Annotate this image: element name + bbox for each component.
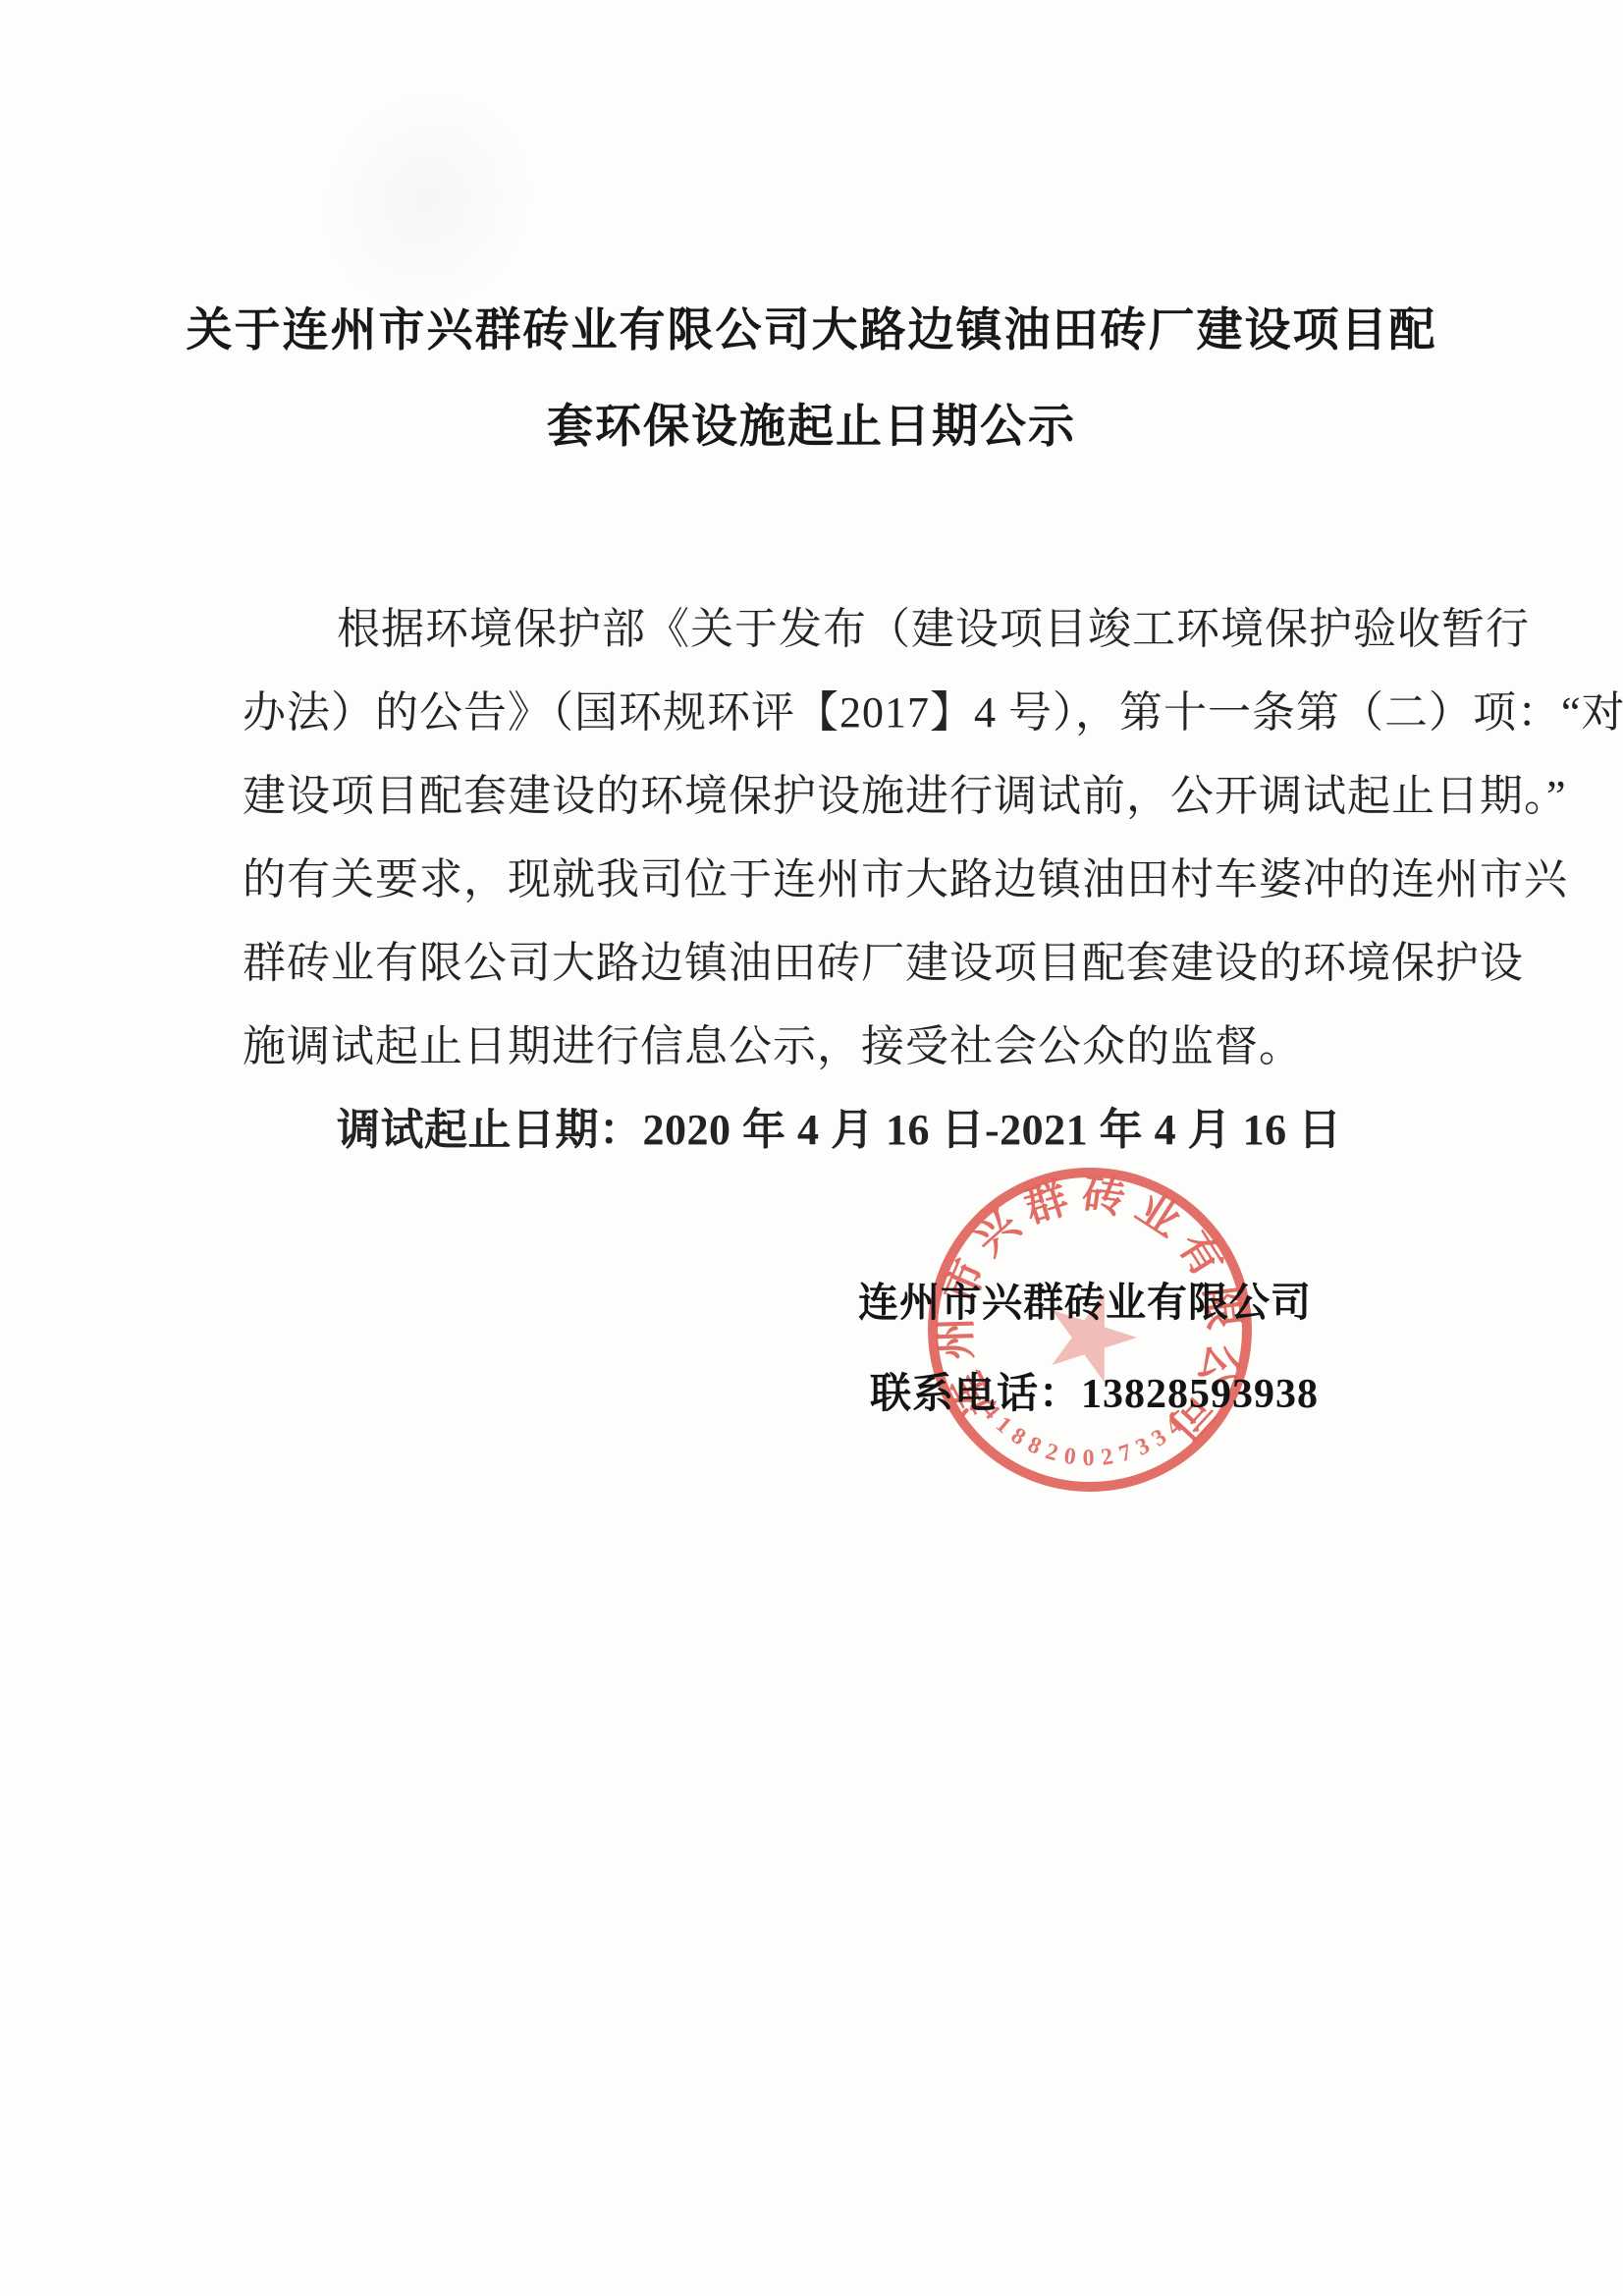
body-line: 群砖业有限公司大路边镇油田砖厂建设项目配套建设的环境保护设	[243, 921, 1362, 1005]
title-line-1: 关于连州市兴群砖业有限公司大路边镇油田砖厂建设项目配	[0, 283, 1623, 379]
body-line: 施调试起止日期进行信息公示，接受社会公众的监督。	[243, 1005, 1362, 1088]
company-name: 连州市兴群砖业有限公司	[858, 1270, 1312, 1328]
body-line: 办法）的公告》（国环规环评【2017】4 号），第十一条第（二）项：“对	[243, 671, 1362, 754]
document-title: 关于连州市兴群砖业有限公司大路边镇油田砖厂建设项目配 套环保设施起止日期公示	[0, 283, 1623, 475]
body-line: 建设项目配套建设的环境保护设施进行调试前，公开调试起止日期。”	[243, 754, 1362, 838]
contact-phone: 联系电话：13828593938	[870, 1361, 1319, 1420]
document-body: 根据环境保护部《关于发布（建设项目竣工环境保护验收暂行 办法）的公告》（国环规环…	[243, 587, 1362, 1172]
body-line: 根据环境保护部《关于发布（建设项目竣工环境保护验收暂行	[243, 587, 1362, 671]
body-line: 的有关要求，现就我司位于连州市大路边镇油田村车婆冲的连州市兴	[243, 838, 1362, 921]
title-line-2: 套环保设施起止日期公示	[0, 379, 1623, 475]
company-seal: 连州市兴群砖业有限公司 418820027334	[917, 1157, 1263, 1503]
scanned-document-page: 关于连州市兴群砖业有限公司大路边镇油田砖厂建设项目配 套环保设施起止日期公示 根…	[0, 0, 1623, 2296]
